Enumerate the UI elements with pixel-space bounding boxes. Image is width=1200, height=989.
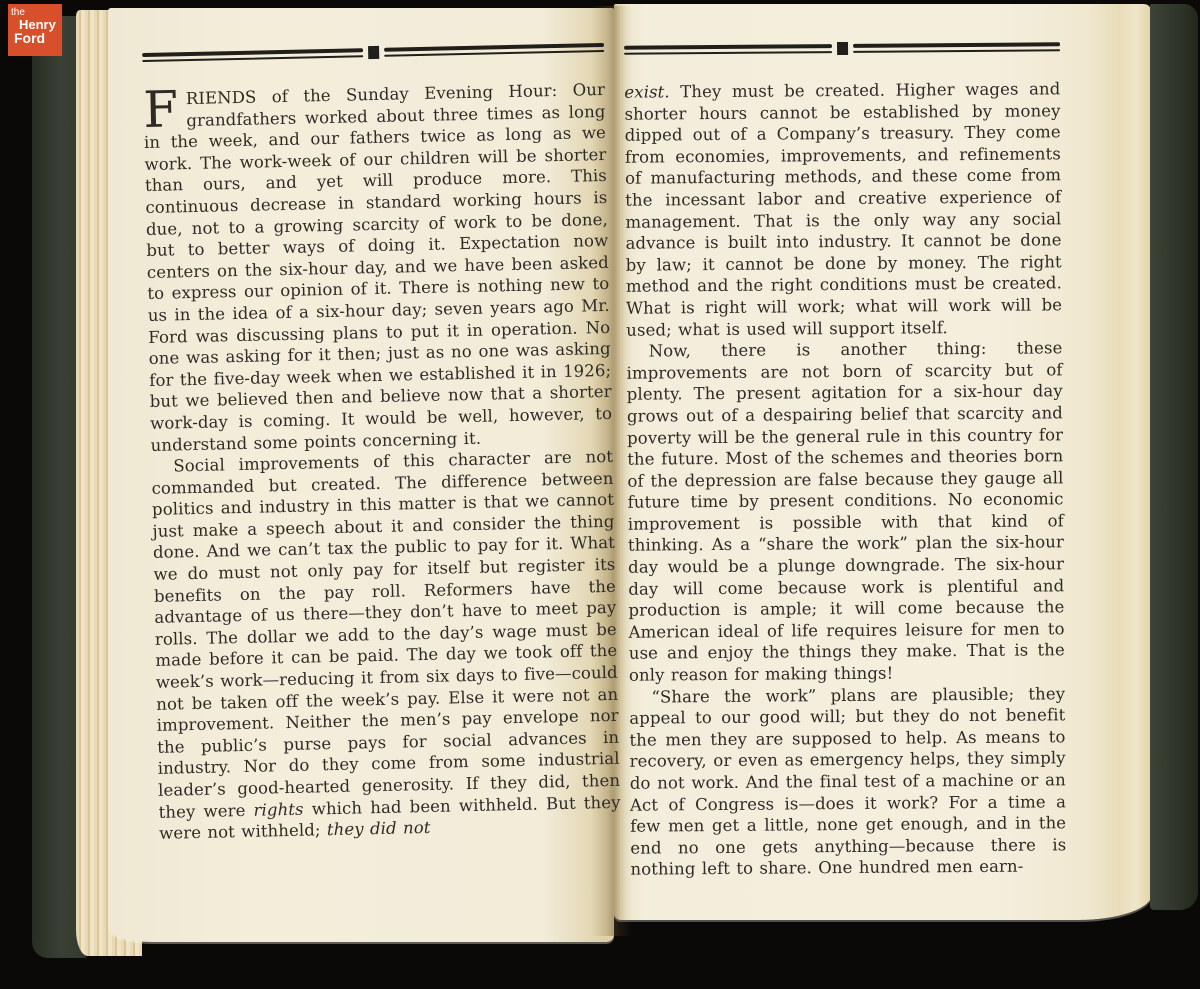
right-page-paragraphs: exist. They must be created. Higher wage…: [624, 78, 1066, 880]
paragraph: exist. They must be created. Higher wage…: [624, 78, 1062, 341]
book-cover-right-edge: [1150, 4, 1198, 910]
rule-segment: [624, 44, 832, 55]
the-henry-ford-logo: the Henry Ford: [8, 4, 62, 56]
paragraph: Now, there is another thing: these impro…: [626, 337, 1065, 686]
book-photo-scene: FRIENDS of the Sunday Evening Hour: Our …: [0, 0, 1200, 989]
left-page-text: FRIENDS of the Sunday Evening Hour: Our …: [142, 41, 621, 845]
rule-segment: [384, 43, 605, 57]
rule-segment: [853, 42, 1061, 53]
logo-text-ford: Ford: [14, 31, 45, 45]
paragraph: Social improvements of this character ar…: [151, 446, 621, 845]
paragraph: “Share the work” plans are plausible; th…: [629, 683, 1067, 881]
right-page-text: exist. They must be created. Higher wage…: [624, 40, 1067, 880]
header-rule-ornament: [624, 40, 1060, 56]
paragraph: FRIENDS of the Sunday Evening Hour: Our …: [143, 79, 613, 456]
rule-center-square: [368, 46, 379, 59]
left-page-paragraphs: FRIENDS of the Sunday Evening Hour: Our …: [143, 79, 621, 845]
rule-segment: [142, 48, 363, 62]
drop-cap: F: [143, 88, 187, 129]
rule-center-square: [837, 42, 848, 55]
